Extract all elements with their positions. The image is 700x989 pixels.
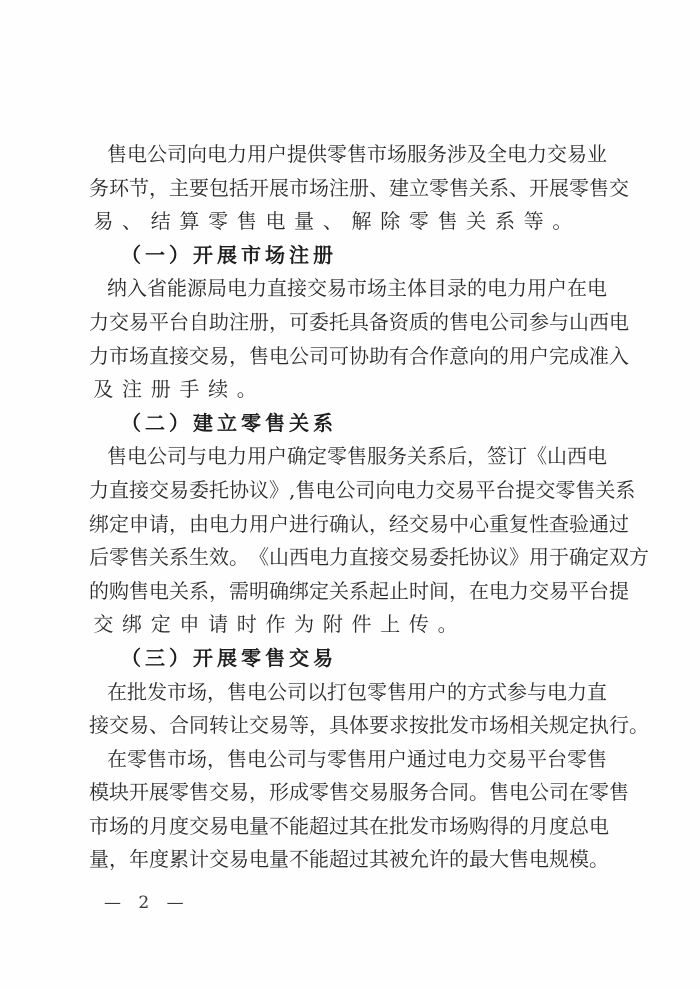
- paragraph-intro: 售电公司向电力用户提供零售市场服务涉及全电力交易业 务环节，主要包括开展市场注册…: [89, 138, 607, 239]
- text-line: 纳入省能源局电力直接交易市场主体目录的电力用户在电: [89, 272, 607, 306]
- section-heading-retail-trading: （三）开展零售交易: [89, 642, 607, 676]
- paragraph-market-registration: 纳入省能源局电力直接交易市场主体目录的电力用户在电 力交易平台自助注册，可委托具…: [89, 272, 607, 406]
- text-line: 量，年度累计交易电量不能超过其被允许的最大售电规模。: [89, 843, 607, 877]
- section-heading-retail-relationship: （二）建立零售关系: [89, 407, 607, 441]
- document-page: 售电公司向电力用户提供零售市场服务涉及全电力交易业 务环节，主要包括开展市场注册…: [0, 0, 700, 989]
- text-line: 力直接交易委托协议》,售电公司向电力交易平台提交零售关系: [89, 474, 607, 508]
- document-body: 售电公司向电力用户提供零售市场服务涉及全电力交易业 务环节，主要包括开展市场注册…: [89, 138, 607, 877]
- text-line: 在批发市场，售电公司以打包零售用户的方式参与电力直: [89, 676, 607, 710]
- text-line: 售电公司向电力用户提供零售市场服务涉及全电力交易业: [89, 138, 607, 172]
- text-line: 的购售电关系，需明确绑定关系起止时间，在电力交易平台提: [89, 575, 607, 609]
- paragraph-wholesale-market: 在批发市场，售电公司以打包零售用户的方式参与电力直 接交易、合同转让交易等，具体…: [89, 676, 607, 743]
- text-line: 在零售市场，售电公司与零售用户通过电力交易平台零售: [89, 743, 607, 777]
- text-line: 市场的月度交易电量不能超过其在批发市场购得的月度总电: [89, 810, 607, 844]
- text-line: 后零售关系生效。《山西电力直接交易委托协议》用于确定双方: [89, 541, 607, 575]
- text-line: 模块开展零售交易，形成零售交易服务合同。售电公司在零售: [89, 776, 607, 810]
- section-heading-market-registration: （一）开展市场注册: [89, 239, 607, 273]
- paragraph-retail-relationship: 售电公司与电力用户确定零售服务关系后，签订《山西电 力直接交易委托协议》,售电公…: [89, 440, 607, 642]
- text-line: 务环节，主要包括开展市场注册、建立零售关系、开展零售交: [89, 172, 607, 206]
- text-line: 力市场直接交易，售电公司可协助有合作意向的用户完成准入: [89, 340, 607, 374]
- text-line: 交绑定申请时作为附件上传。: [89, 608, 607, 642]
- text-line: 售电公司与电力用户确定零售服务关系后，签订《山西电: [89, 440, 607, 474]
- page-number: — 2 —: [104, 893, 190, 913]
- text-line: 易、结算零售电量、解除零售关系等。: [89, 205, 607, 239]
- paragraph-retail-market: 在零售市场，售电公司与零售用户通过电力交易平台零售 模块开展零售交易，形成零售交…: [89, 743, 607, 877]
- text-line: 接交易、合同转让交易等，具体要求按批发市场相关规定执行。: [89, 709, 607, 743]
- text-line: 及注册手续。: [89, 373, 607, 407]
- text-line: 力交易平台自助注册，可委托具备资质的售电公司参与山西电: [89, 306, 607, 340]
- text-line: 绑定申请，由电力用户进行确认，经交易中心重复性查验通过: [89, 508, 607, 542]
